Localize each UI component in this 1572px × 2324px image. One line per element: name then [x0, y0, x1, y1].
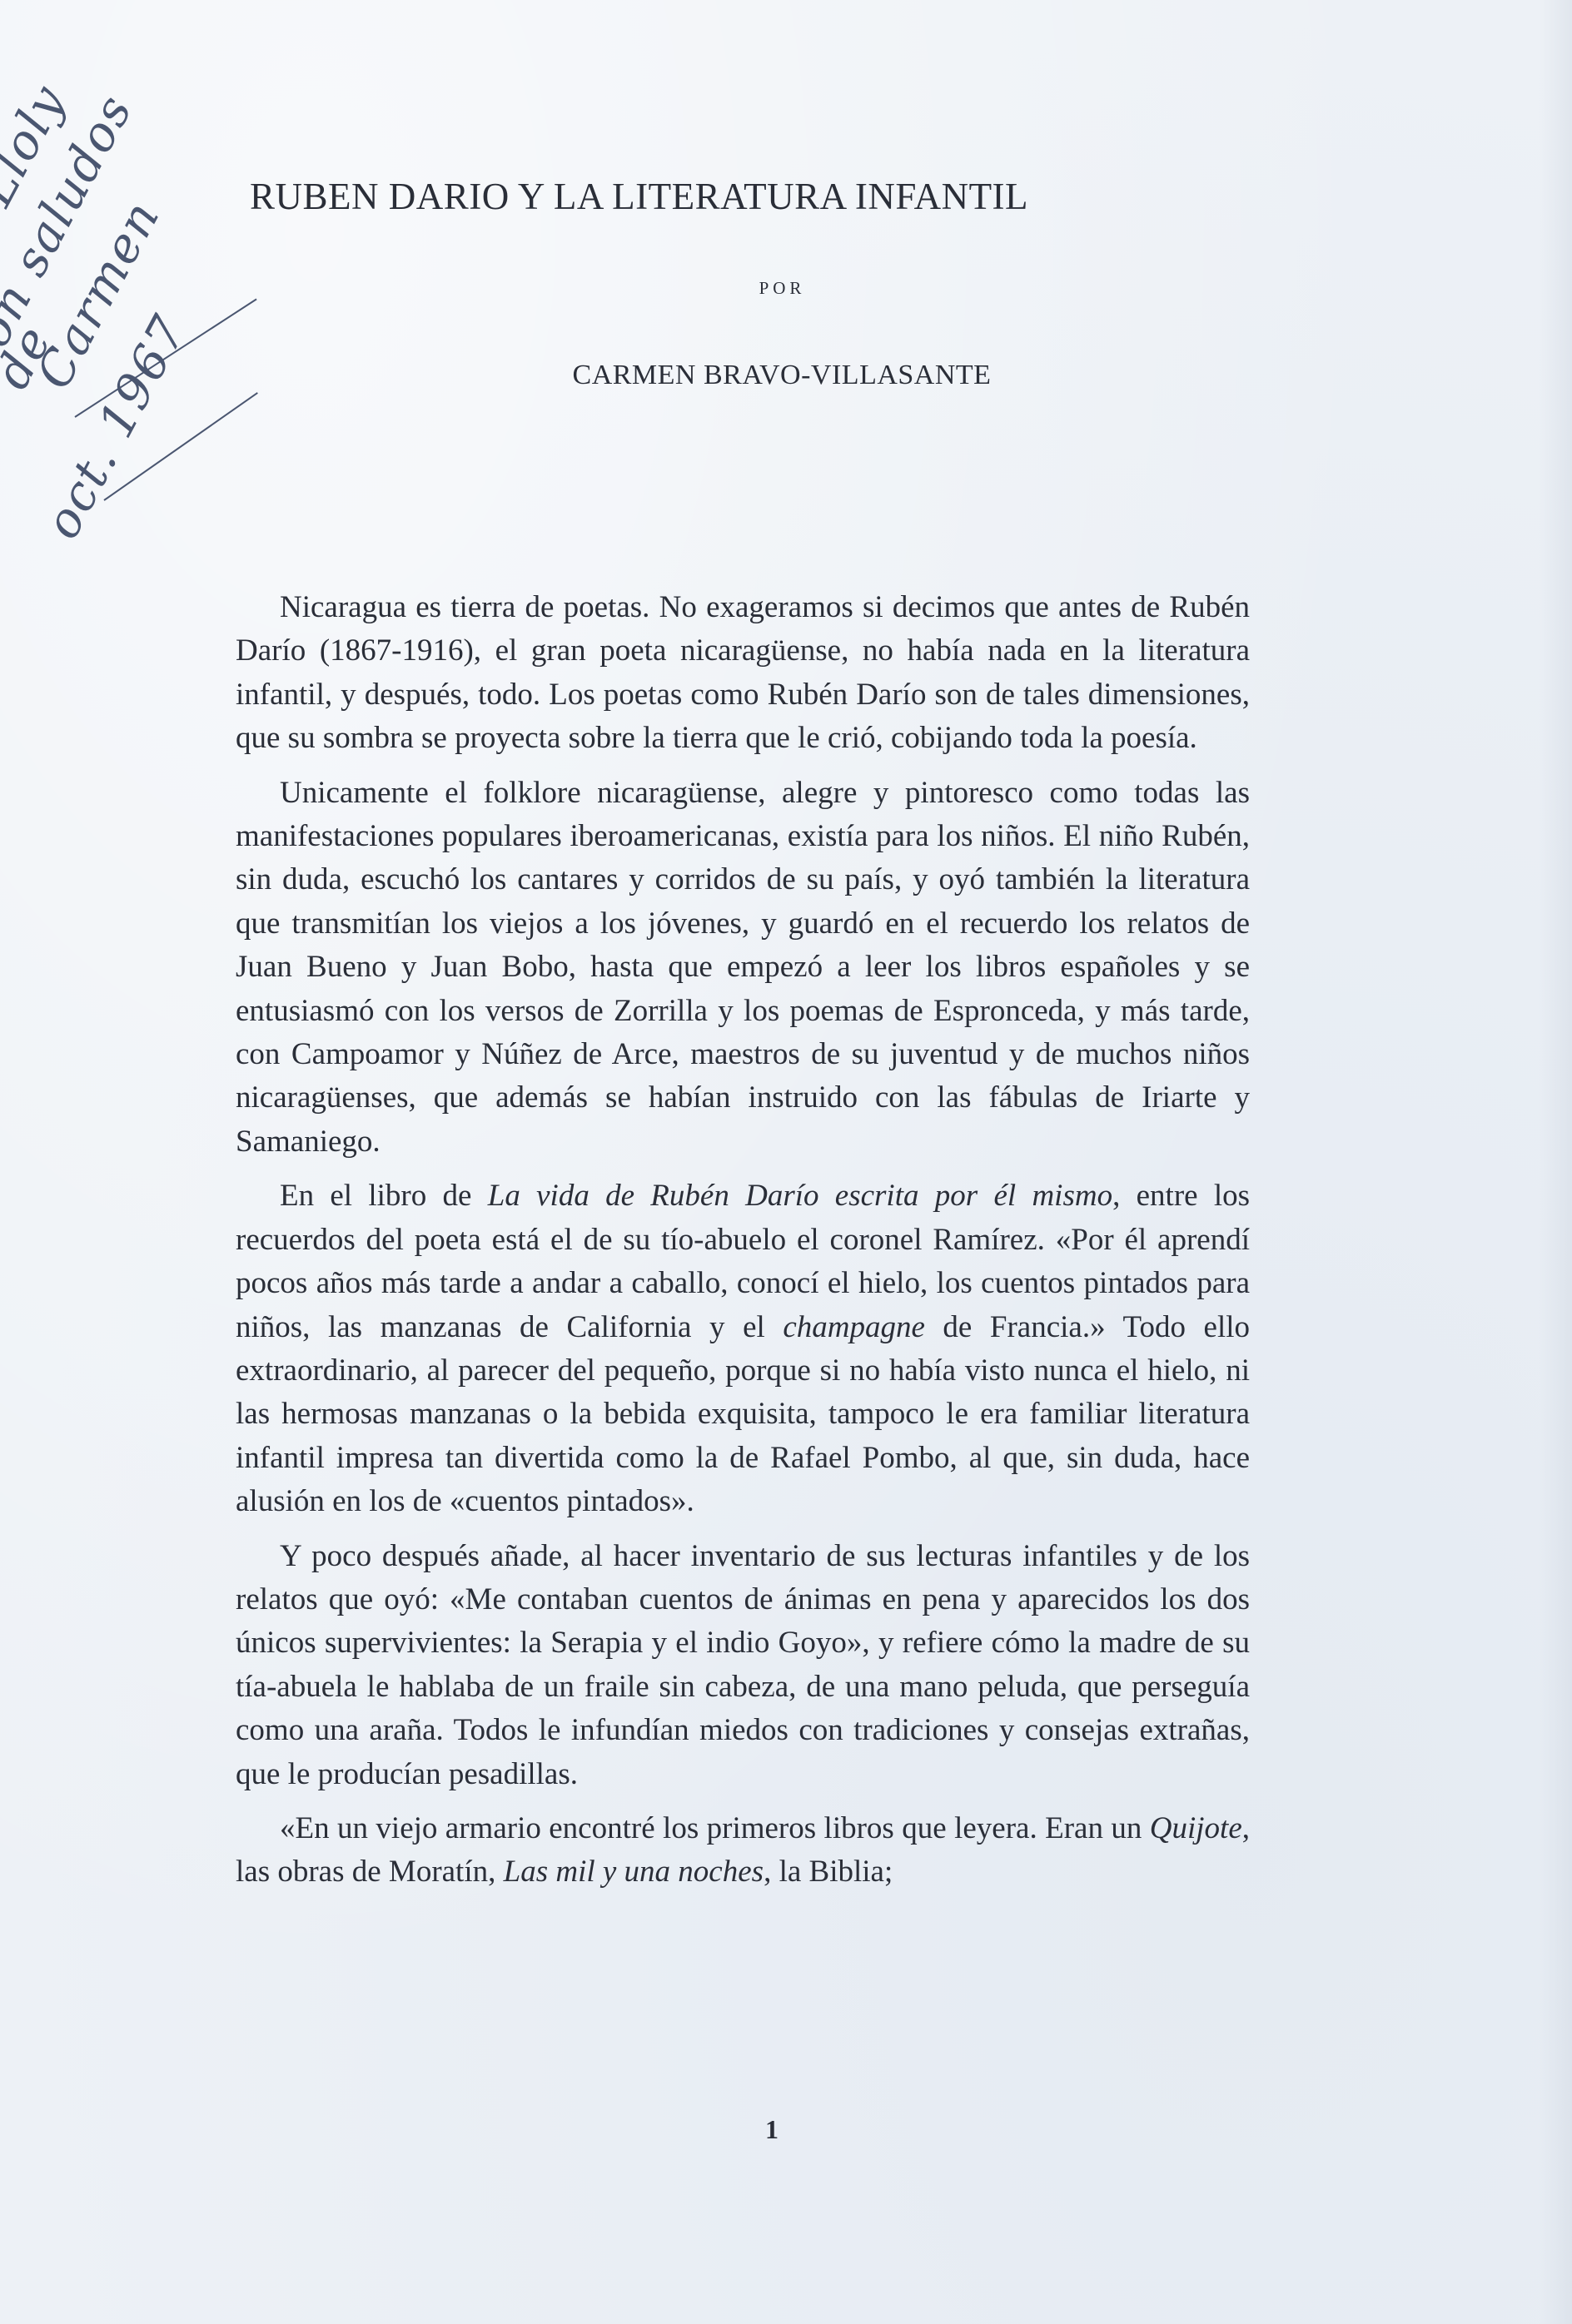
paragraph-text: En el libro de	[280, 1179, 488, 1213]
article-title: RUBEN DARIO Y LA LITERATURA INFANTIL	[250, 175, 1191, 218]
paragraph-text: , la Biblia;	[764, 1855, 893, 1889]
paragraph: Unicamente el folklore nicaragüense, ale…	[236, 772, 1250, 1164]
page-edge-shadow	[1539, 0, 1572, 2324]
italic-text: Quijote	[1150, 1811, 1242, 1845]
paragraph-text: Nicaragua es tierra de poetas. No exager…	[236, 590, 1250, 755]
paragraph: Nicaragua es tierra de poetas. No exager…	[236, 586, 1250, 761]
document-page: Lloly con saludos de Carmen oct. 1967 RU…	[0, 0, 1572, 2324]
paragraph: «En un viejo armario encontré los primer…	[236, 1807, 1250, 1894]
inscription-underline	[103, 392, 257, 501]
italic-text: Las mil y una noches	[504, 1855, 764, 1889]
author-label: CARMEN BRAVO-VILLASANTE	[573, 360, 992, 391]
paragraph: Y poco después añade, al hacer inventari…	[236, 1535, 1250, 1796]
article-body: Nicaragua es tierra de poetas. No exager…	[236, 586, 1250, 1905]
byline-label: POR	[759, 278, 806, 299]
paragraph: En el libro de La vida de Rubén Darío es…	[236, 1174, 1250, 1523]
italic-text: champagne	[783, 1310, 925, 1344]
page-number: 1	[0, 2114, 1572, 2145]
author-name: CARMEN BRAVO-VILLASANTE	[0, 360, 1572, 391]
paragraph-text: «En un viejo armario encontré los primer…	[280, 1811, 1150, 1845]
inscription-date: oct. 1967	[33, 305, 198, 548]
page-number-label: 1	[765, 2114, 779, 2145]
inscription-line: Lloly	[0, 76, 77, 215]
paragraph-text: Y poco después añade, al hacer inventari…	[236, 1539, 1250, 1791]
paragraph-text: Unicamente el folklore nicaragüense, ale…	[236, 776, 1250, 1159]
inscription-underline	[74, 299, 256, 418]
byline: POR	[0, 278, 1572, 299]
italic-text: La vida de Rubén Darío escrita por él mi…	[488, 1179, 1112, 1213]
inscription-line: con saludos	[0, 85, 143, 381]
